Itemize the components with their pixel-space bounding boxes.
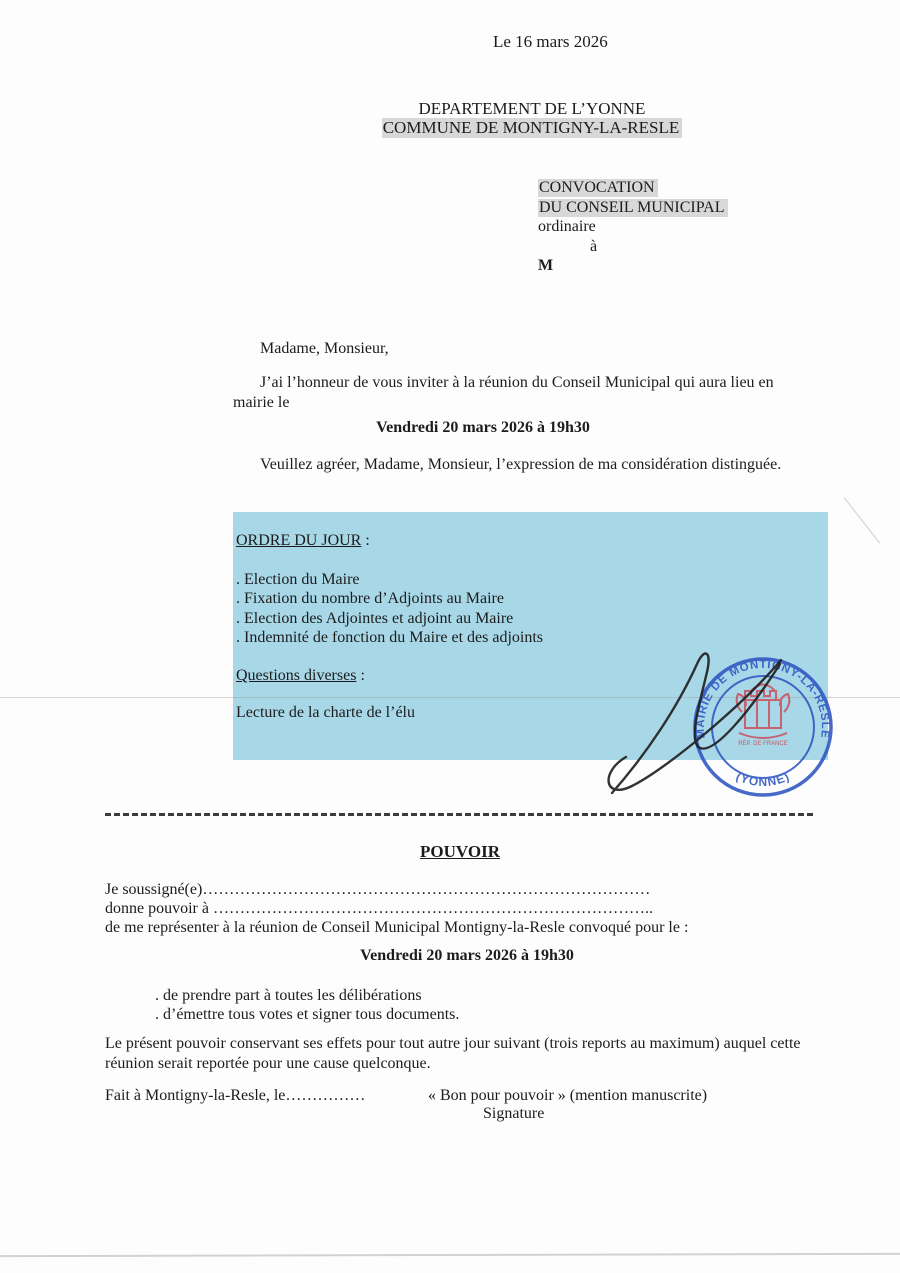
agenda-item: . Fixation du nombre d’Adjoints au Maire	[236, 589, 543, 608]
convocation-type: ordinaire	[538, 217, 728, 237]
pouvoir-note: Le présent pouvoir conservant ses effets…	[105, 1034, 833, 1073]
agenda-item: . Election du Maire	[236, 570, 543, 589]
convocation-title-line1: CONVOCATION	[538, 178, 728, 198]
scan-artifact-diagonal	[844, 497, 880, 543]
section-divider-dashed	[105, 813, 813, 816]
pouvoir-line-soussigne: Je soussigné(e)……………………………………………………………………	[105, 880, 845, 899]
letter-intro: J’ai l’honneur de vous inviter à la réun…	[233, 373, 813, 413]
agenda-extra-item: Lecture de la charte de l’élu	[236, 704, 415, 722]
agenda-questions-heading: Questions diverses :	[236, 667, 365, 685]
scan-artifact-bottom-line	[0, 1253, 900, 1257]
convocation-addressee: M	[538, 256, 728, 276]
stamp-emblem-icon	[737, 685, 790, 739]
document-header: DEPARTEMENT DE L’YONNE COMMUNE DE MONTIG…	[310, 99, 754, 137]
agenda-item: . Indemnité de fonction du Maire et des …	[236, 628, 543, 647]
pouvoir-line-donne-pouvoir: donne pouvoir à …………………………………………………………………	[105, 899, 845, 918]
convocation-block: CONVOCATION DU CONSEIL MUNICIPAL ordinai…	[538, 178, 728, 276]
agenda-item: . Election des Adjointes et adjoint au M…	[236, 609, 543, 628]
pouvoir-title: POUVOIR	[105, 842, 815, 862]
header-commune: COMMUNE DE MONTIGNY-LA-RESLE	[310, 118, 754, 137]
agenda-title: ORDRE DU JOUR :	[236, 532, 370, 550]
pouvoir-fait-line: Fait à Montigny-la-Resle, le……………	[105, 1087, 365, 1105]
pouvoir-bon-pour-line: « Bon pour pouvoir » (mention manuscrite…	[428, 1087, 707, 1105]
document-date: Le 16 mars 2026	[493, 32, 608, 52]
header-department: DEPARTEMENT DE L’YONNE	[310, 99, 754, 118]
pouvoir-bullet-list: . de prendre part à toutes les délibérat…	[155, 986, 459, 1024]
letter-meeting-datetime: Vendredi 20 mars 2026 à 19h30	[233, 419, 733, 437]
stamp-bottom-text: (YONNE)	[734, 769, 792, 789]
agenda-item-list: . Election du Maire . Fixation du nombre…	[236, 570, 543, 647]
svg-text:(YONNE): (YONNE)	[734, 769, 792, 789]
pouvoir-bullet: . de prendre part à toutes les délibérat…	[155, 986, 459, 1005]
pouvoir-line-representer: de me représenter à la réunion de Consei…	[105, 918, 845, 937]
pouvoir-bullet: . d’émettre tous votes et signer tous do…	[155, 1005, 459, 1024]
pouvoir-fill-in-lines: Je soussigné(e)……………………………………………………………………	[105, 880, 845, 938]
pouvoir-meeting-datetime: Vendredi 20 mars 2026 à 19h30	[105, 947, 829, 965]
pouvoir-signature-label: Signature	[483, 1105, 544, 1123]
signature-scrawl	[609, 654, 781, 793]
convocation-title-line2: DU CONSEIL MUNICIPAL	[538, 198, 728, 218]
letter-closing: Veuillez agréer, Madame, Monsieur, l’exp…	[260, 456, 860, 474]
letter-salutation: Madame, Monsieur,	[260, 340, 389, 358]
scanned-convocation-document: Le 16 mars 2026 DEPARTEMENT DE L’YONNE C…	[0, 0, 900, 1273]
stamp-center-text: RÉP. DE FRANCE	[738, 740, 788, 747]
municipal-stamp-and-signature: MAIRIE DE MONTIGNY-LA-RESLE (YONNE) RÉP.…	[600, 630, 900, 820]
convocation-a: à	[590, 237, 728, 257]
